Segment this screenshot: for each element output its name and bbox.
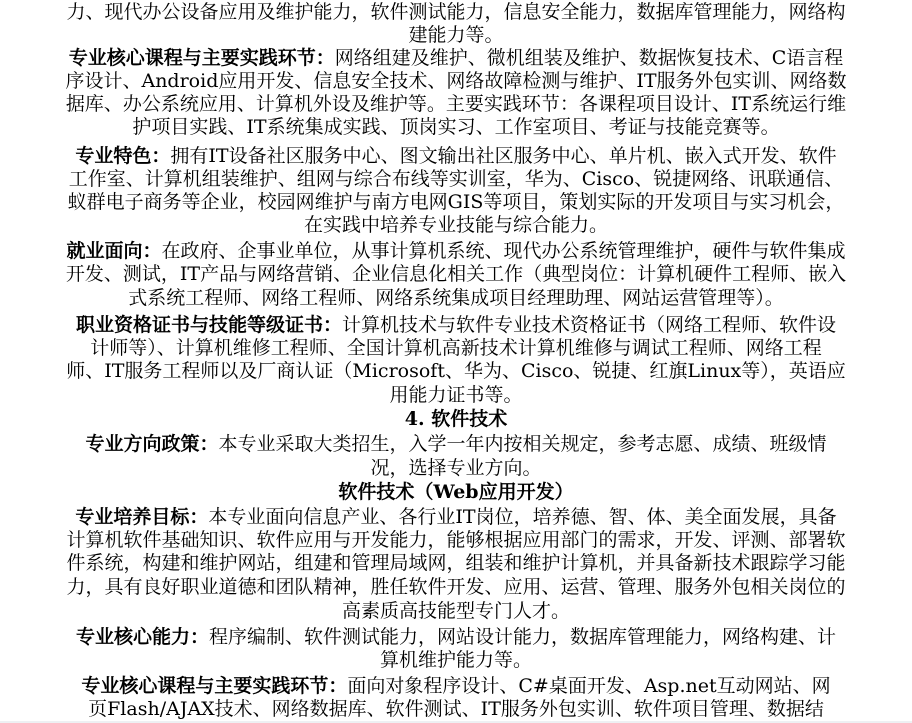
text-line: 就业面向：在政府、企事业单位，从事计算机系统、现代办公系统管理维护，硬件与软件集… <box>0 240 912 262</box>
text-line: 专业方向政策：本专业采取大类招生，入学一年内按相关规定，参考志愿、成绩、班级情 <box>0 433 912 455</box>
text-line: 专业核心课程与主要实践环节：网络组建及维护、微机组装及维护、数据恢复技术、C语言… <box>0 47 912 69</box>
line-label: 专业特色： <box>75 145 170 167</box>
line-label: 专业培养目标： <box>75 506 208 528</box>
section-heading: 4. 软件技术 <box>0 408 912 430</box>
heading-text: 4. 软件技术 <box>405 408 507 430</box>
line-text: 拥有IT设备社区服务中心、图文输出社区服务中心、单片机、嵌入式开发、软件 <box>170 145 836 167</box>
text-line: 专业特色：拥有IT设备社区服务中心、图文输出社区服务中心、单片机、嵌入式开发、软… <box>0 145 912 167</box>
text-line: 式系统工程师、网络工程师、网络系统集成项目经理助理、网站运营管理等）。 <box>0 287 912 309</box>
text-line: 专业培养目标：本专业面向信息产业、各行业IT岗位，培养德、智、体、美全面发展，具… <box>0 506 912 528</box>
line-text: 本专业面向信息产业、各行业IT岗位，培养德、智、体、美全面发展，具备 <box>208 506 836 528</box>
line-text: 用能力证书等。 <box>389 384 522 406</box>
line-text: 计师等）、计算机维修工程师、全国计算机高新技术计算机维修与调试工程师、网络工程 <box>90 337 822 359</box>
line-text: 建能力等。 <box>408 24 503 46</box>
line-text: 计算机技术与软件专业技术资格证书（网络工程师、软件设 <box>342 314 836 336</box>
line-text: 蚁群电子商务等企业，校园网维护与南方电网GIS等项目，策划实际的开发项目与实习机… <box>68 191 845 213</box>
text-line: 力，具有良好职业道德和团队精神，胜任软件开发、应用、运营、管理、服务外包相关岗位… <box>0 576 912 598</box>
line-text: 程序编制、软件测试能力，网站设计能力，数据库管理能力，网络构建、计 <box>209 626 836 648</box>
text-line: 建能力等。 <box>0 24 912 46</box>
text-line: 师、IT服务工程师以及厂商认证（Microsoft、华为、Cisco、锐捷、红旗… <box>0 360 912 382</box>
line-text: 件系统，构建和维护网站，组建和管理局域网，组装和维护计算机，并具备新技术跟踪学习… <box>66 552 845 574</box>
line-text: 在政府、企事业单位，从事计算机系统、现代办公系统管理维护，硬件与软件集成 <box>162 240 846 262</box>
text-line: 护项目实践、IT系统集成实践、顶岗实习、工作室项目、考证与技能竞赛等。 <box>0 116 912 138</box>
text-line: 在实践中培养专业技能与综合能力。 <box>0 214 912 236</box>
line-text: 网络组建及维护、微机组装及维护、数据恢复技术、C语言程 <box>335 47 844 69</box>
line-label: 专业核心课程与主要实践环节： <box>81 675 347 697</box>
line-label: 就业面向： <box>66 240 161 262</box>
text-line: 计师等）、计算机维修工程师、全国计算机高新技术计算机维修与调试工程师、网络工程 <box>0 337 912 359</box>
line-label: 专业方向政策： <box>85 433 218 455</box>
text-line: 力、现代办公设备应用及维护能力，软件测试能力，信息安全能力，数据库管理能力，网络… <box>0 1 912 23</box>
text-line: 开发、测试，IT产品与网络营销、企业信息化相关工作（典型岗位：计算机硬件工程师、… <box>0 263 912 285</box>
text-line: 算机维护能力等。 <box>0 649 912 671</box>
line-text: 况，选择专业方向。 <box>370 457 541 479</box>
line-text: 师、IT服务工程师以及厂商认证（Microsoft、华为、Cisco、锐捷、红旗… <box>66 360 846 382</box>
text-line: 计算机软件基础知识、软件应用与开发能力，能够根据应用部门的需求，开发、评测、部署… <box>0 529 912 551</box>
line-text: 据库、办公系统应用、计算机外设及维护等。主要实践环节：各课程项目设计、IT系统运… <box>66 93 846 115</box>
line-text: 算机维护能力等。 <box>380 649 532 671</box>
line-text: 序设计、Android应用开发、信息安全技术、网络故障检测与维护、IT服务外包实… <box>65 70 846 92</box>
line-text: 高素质高技能型专门人才。 <box>342 600 570 622</box>
line-text: 力，具有良好职业道德和团队精神，胜任软件开发、应用、运营、管理、服务外包相关岗位… <box>66 576 845 598</box>
text-line: 专业核心能力：程序编制、软件测试能力，网站设计能力，数据库管理能力，网络构建、计 <box>0 626 912 648</box>
line-text: 页Flash/AJAX技术、网络数据库、软件测试、IT服务外包实训、软件项目管理… <box>88 698 824 720</box>
heading-text: 软件技术（Web应用开发） <box>338 481 573 503</box>
line-text: 面向对象程序设计、C#桌面开发、Asp.net互动网站、网 <box>347 675 830 697</box>
text-line: 据库、办公系统应用、计算机外设及维护等。主要实践环节：各课程项目设计、IT系统运… <box>0 93 912 115</box>
text-line: 专业核心课程与主要实践环节：面向对象程序设计、C#桌面开发、Asp.net互动网… <box>0 675 912 697</box>
text-line: 高素质高技能型专门人才。 <box>0 600 912 622</box>
text-line: 蚁群电子商务等企业，校园网维护与南方电网GIS等项目，策划实际的开发项目与实习机… <box>0 191 912 213</box>
line-label: 专业核心课程与主要实践环节： <box>69 47 335 69</box>
line-text: 在实践中培养专业技能与综合能力。 <box>304 214 608 236</box>
line-text: 工作室、计算机组装维护、组网与综合布线等实训室，华为、Cisco、锐捷网络、讯联… <box>69 168 843 190</box>
text-line: 况，选择专业方向。 <box>0 457 912 479</box>
line-label: 职业资格证书与技能等级证书： <box>76 314 342 336</box>
document-page: 力、现代办公设备应用及维护能力，软件测试能力，信息安全能力，数据库管理能力，网络… <box>0 0 912 723</box>
text-line: 页Flash/AJAX技术、网络数据库、软件测试、IT服务外包实训、软件项目管理… <box>0 698 912 720</box>
text-line: 序设计、Android应用开发、信息安全技术、网络故障检测与维护、IT服务外包实… <box>0 70 912 92</box>
line-label: 专业核心能力： <box>76 626 209 648</box>
subsection-heading: 软件技术（Web应用开发） <box>0 481 912 503</box>
line-text: 开发、测试，IT产品与网络营销、企业信息化相关工作（典型岗位：计算机硬件工程师、… <box>66 263 846 285</box>
text-line: 职业资格证书与技能等级证书：计算机技术与软件专业技术资格证书（网络工程师、软件设 <box>0 314 912 336</box>
line-text: 本专业采取大类招生，入学一年内按相关规定，参考志愿、成绩、班级情 <box>219 433 827 455</box>
text-line: 用能力证书等。 <box>0 384 912 406</box>
text-line: 件系统，构建和维护网站，组建和管理局域网，组装和维护计算机，并具备新技术跟踪学习… <box>0 552 912 574</box>
line-text: 护项目实践、IT系统集成实践、顶岗实习、工作室项目、考证与技能竞赛等。 <box>132 116 779 138</box>
line-text: 式系统工程师、网络工程师、网络系统集成项目经理助理、网站运营管理等）。 <box>128 287 784 309</box>
text-line: 工作室、计算机组装维护、组网与综合布线等实训室，华为、Cisco、锐捷网络、讯联… <box>0 168 912 190</box>
line-text: 力、现代办公设备应用及维护能力，软件测试能力，信息安全能力，数据库管理能力，网络… <box>66 1 845 23</box>
line-text: 计算机软件基础知识、软件应用与开发能力，能够根据应用部门的需求，开发、评测、部署… <box>66 529 845 551</box>
